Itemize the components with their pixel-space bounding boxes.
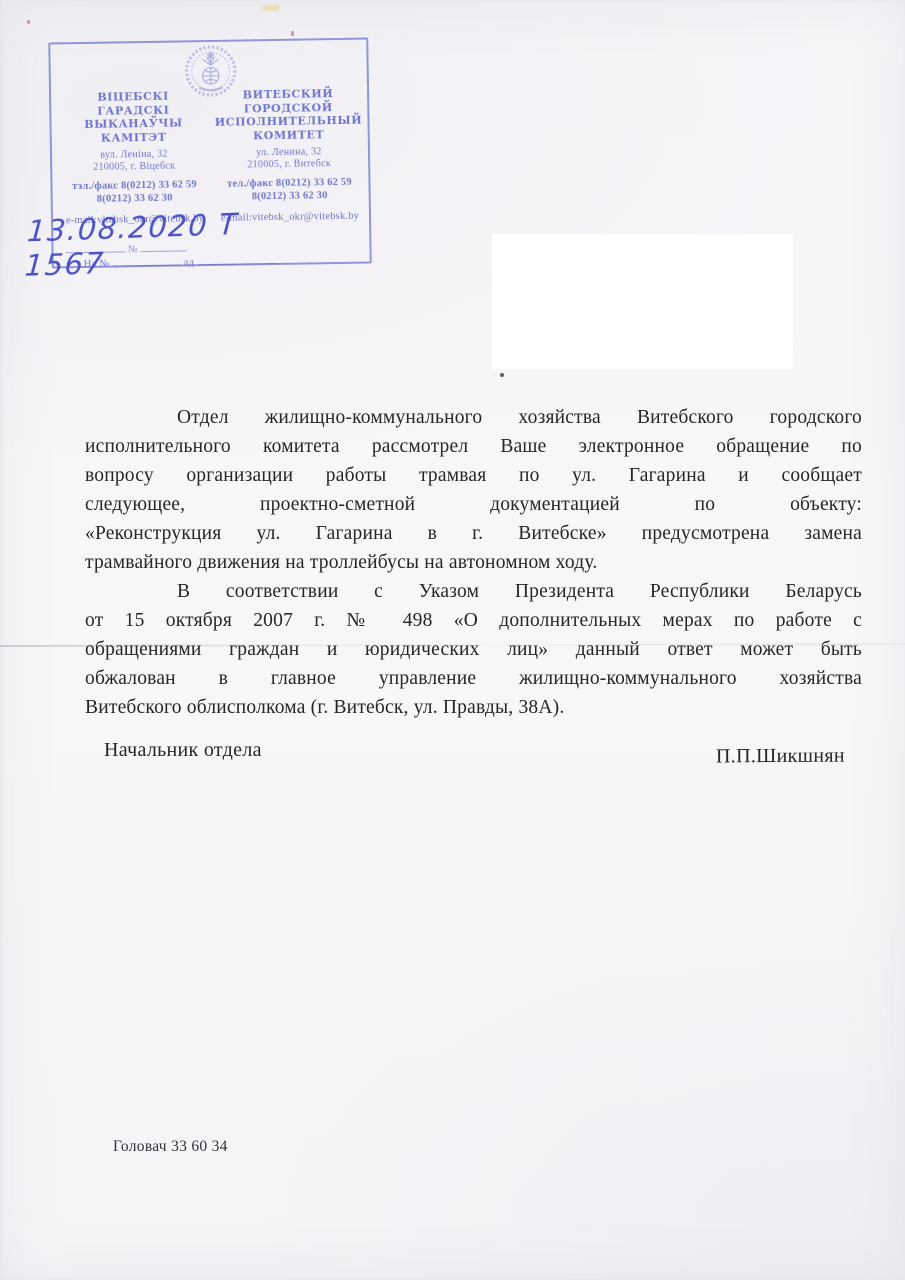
body-line: исполнительного комитета рассмотрел Ваше… [85,432,862,461]
body-line: Витебского облисполкома (г. Витебск, ул.… [85,693,862,722]
scan-speck-red [27,20,30,24]
signer-name: П.П.Шикшнян [716,739,845,769]
signer-position-title: Начальник отдела [104,739,262,768]
body-line: следующее, проектно-сметной документацие… [85,490,862,519]
letter-body: Отдел жилищно-коммунального хозяйства Ви… [85,403,862,722]
body-line: В соответствии с Указом Президента Респу… [85,577,862,606]
org-name-line: КАМІТЭТ [56,129,212,145]
letterhead-belarusian-column: ВІЦЕБСКІ ГАРАДСКІ ВЫКАНАЎЧЫ КАМІТЭТ вул.… [55,89,213,226]
org-name-line: ИСПОЛНИТЕЛЬНЫЙ [213,114,363,130]
body-line: Отдел жилищно-коммунального хозяйства Ви… [85,403,862,432]
signature-block: Начальник отдела П.П.Шикшнян [104,739,845,768]
scan-speck-yellow [262,5,280,11]
address-line: 210005, г. Віцебск [56,160,212,174]
body-line: вопросу организации работы трамвая по ул… [85,461,862,490]
handwritten-registration-number: 13.08.2020 Т 1567 [24,205,289,282]
body-line: от 15 октября 2007 г. № 498 «О дополните… [85,606,862,635]
stray-period-mark [500,373,504,377]
body-line: обращениями граждан и юридических лиц» д… [85,635,862,664]
letterhead-russian-column: ВИТЕБСКИЙ ГОРОДСКОЙ ИСПОЛНИТЕЛЬНЫЙ КОМИТ… [213,87,365,224]
phone-line: тэл./факс 8(0212) 33 62 59 [56,178,212,193]
address-line: 210005, г. Витебск [214,158,364,172]
scan-speck-pink [291,31,294,36]
scanned-letter-page: ВІЦЕБСКІ ГАРАДСКІ ВЫКАНАЎЧЫ КАМІТЭТ вул.… [0,0,905,1280]
redacted-addressee-area [492,234,793,369]
body-line: обжалован в главное управление жилищно-к… [85,664,862,693]
phone-line: тел./факс 8(0212) 33 62 59 [214,176,364,191]
body-line: трамвайного движения на троллейбусы на а… [85,548,862,577]
phone-line: 8(0212) 33 62 30 [57,191,213,206]
phone-line: 8(0212) 33 62 30 [215,189,365,204]
org-name-line: КОМИТЕТ [214,127,364,143]
body-line: «Реконструкция ул. Гагарина в г. Витебск… [85,519,862,548]
executor-note: Головач 33 60 34 [113,1138,228,1156]
